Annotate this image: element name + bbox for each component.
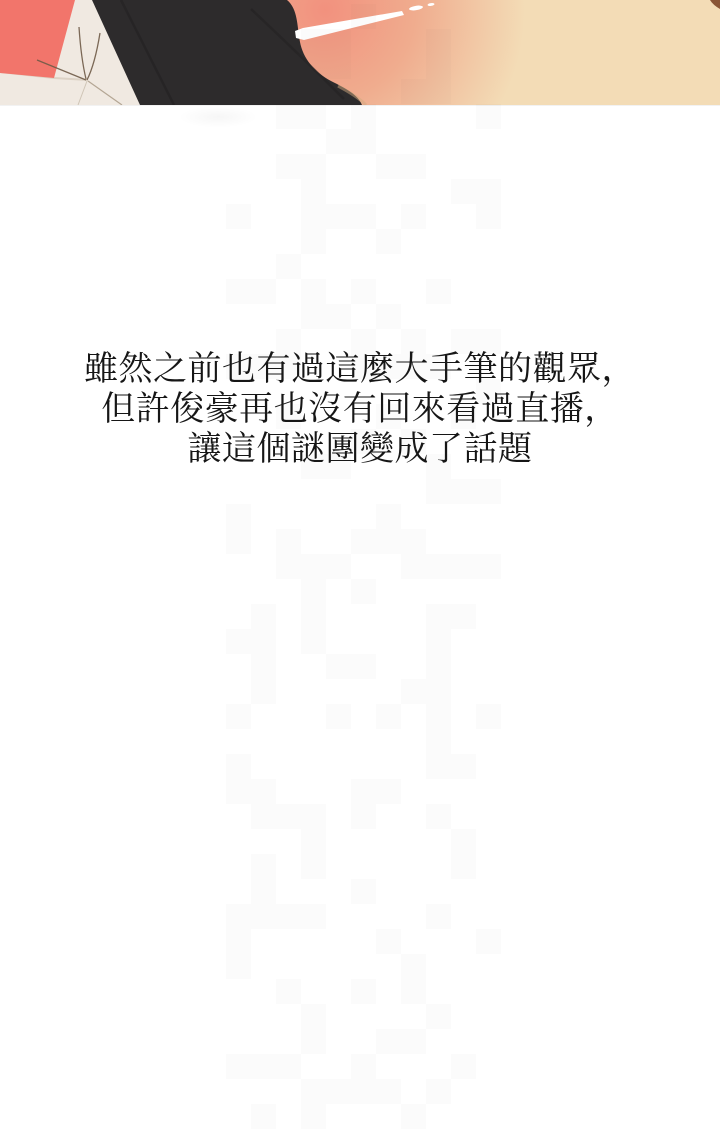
comic-page: 雖然之前也有過這麼大手筆的觀眾， 但許俊豪再也沒有回來看過直播， 讓這個謎團變成… bbox=[0, 0, 720, 1133]
print-smudge bbox=[178, 106, 258, 128]
narration-line-2: 但許俊豪再也沒有回來看過直播， bbox=[0, 389, 720, 429]
narration-line-3: 讓這個謎團變成了話題 bbox=[0, 429, 720, 469]
watermark-pattern bbox=[0, 0, 720, 1133]
narration-text: 雖然之前也有過這麼大手筆的觀眾， 但許俊豪再也沒有回來看過直播， 讓這個謎團變成… bbox=[0, 349, 720, 469]
comic-panel-crop bbox=[0, 0, 720, 106]
comic-panel-art bbox=[0, 0, 720, 105]
narration-line-1: 雖然之前也有過這麼大手筆的觀眾， bbox=[0, 349, 720, 389]
